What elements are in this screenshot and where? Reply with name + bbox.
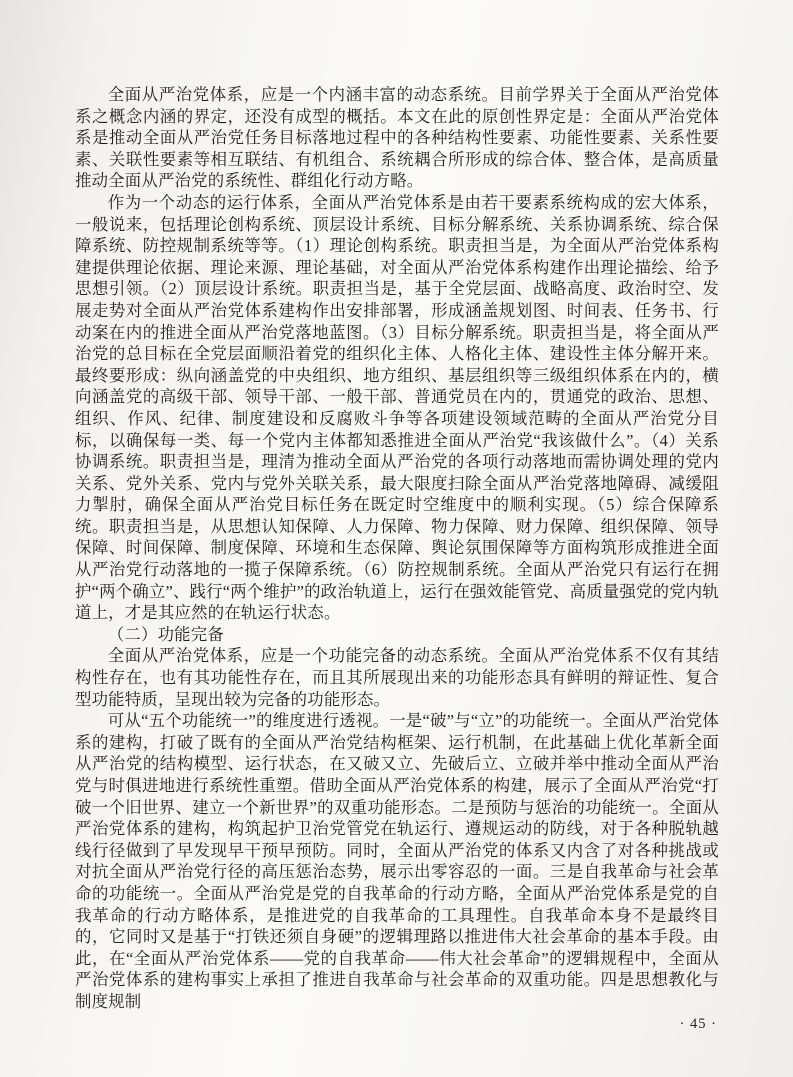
page-number: · 45 ·	[75, 1014, 719, 1036]
paragraph-six-systems: 作为一个动态的运行体系，全面从严治党体系是由若干要素系统构成的宏大体系，一般说来…	[75, 192, 719, 624]
document-page: 全面从严治党体系，应是一个内涵丰富的动态系统。目前学界关于全面从严治党体系之概念…	[75, 84, 719, 1035]
paragraph-functional-intro: 全面从严治党体系，应是一个功能完备的动态系统。全面从严治党体系不仅有其结构性存在…	[75, 645, 719, 710]
paragraph-definition: 全面从严治党体系，应是一个内涵丰富的动态系统。目前学界关于全面从严治党体系之概念…	[75, 84, 719, 192]
paragraph-five-unities: 可从“五个功能统一”的维度进行透视。一是“破”与“立”的功能统一。全面从严治党体…	[75, 710, 719, 1012]
section-heading-functional-completeness: （二）功能完备	[75, 624, 719, 646]
